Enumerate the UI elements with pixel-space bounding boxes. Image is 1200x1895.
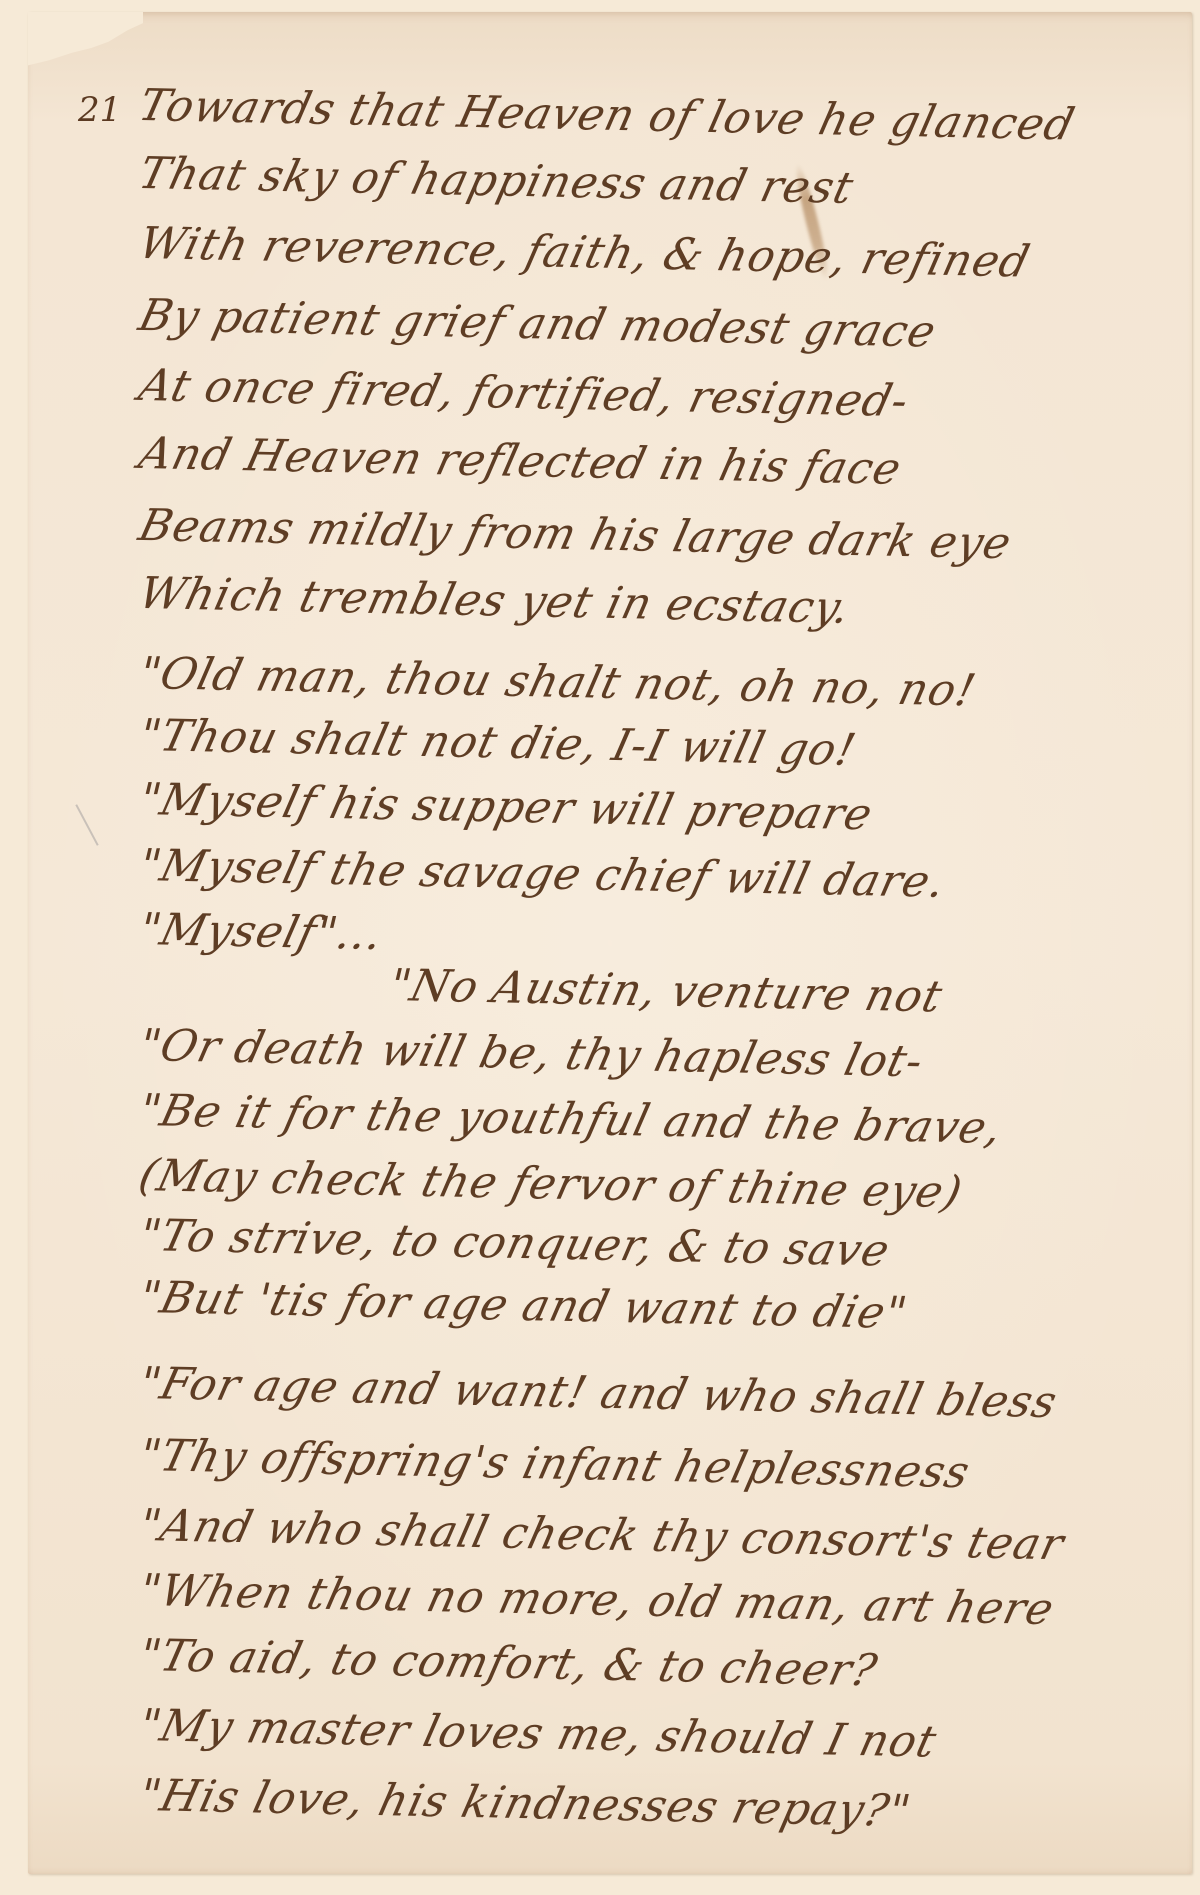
poem-line: "Be it for the youthful and the brave,: [134, 1085, 1007, 1154]
poem-line: "When thou no more, old man, art here: [134, 1565, 1059, 1635]
poem-line: "Thou shalt not die, I-I will go!: [134, 710, 861, 776]
poem-line: By patient grief and modest grace: [134, 290, 941, 357]
poem-line: "For age and want! and who shall bless: [134, 1358, 1062, 1428]
poem-line: Beams mildly from his large dark eye: [134, 500, 1017, 569]
poem-line: At once fired, fortified, resigned-: [134, 360, 914, 427]
poem-line: "My master loves me, should I not: [134, 1700, 942, 1767]
poem-text: Towards that Heaven of love he glanced T…: [28, 12, 1192, 1874]
poem-line: "His love, his kindnesses repay?": [134, 1770, 916, 1837]
poem-line: And Heaven reflected in his face: [134, 428, 906, 495]
poem-line: "Old man, thou shalt not, oh no, no!: [134, 648, 981, 716]
poem-line: "No Austin, venture not: [384, 960, 948, 1022]
poem-line: "But 'tis for age and want to die": [134, 1272, 912, 1339]
poem-line: Towards that Heaven of love he glanced: [134, 80, 1080, 150]
poem-line: (May check the fervor of thine eye): [134, 1150, 967, 1218]
poem-line: "Thy offspring's infant helplessness: [134, 1430, 975, 1498]
poem-line: "And who shall check thy consort's tear: [134, 1500, 1069, 1570]
poem-line: "Myself the savage chief will dare.: [134, 840, 951, 908]
poem-line: "Myself his supper will prepare: [134, 774, 878, 840]
poem-line: With reverence, faith, & hope, refined: [134, 218, 1035, 287]
poem-line: Which trembles yet in ecstacy.: [134, 568, 855, 634]
manuscript-page: 21 Towards that Heaven of love he glance…: [28, 12, 1192, 1874]
poem-line: That sky of happiness and rest: [134, 148, 859, 214]
poem-line: "To strive, to conquer, & to save: [134, 1210, 895, 1276]
poem-line: "Or death will be, thy hapless lot-: [134, 1020, 929, 1087]
poem-line: "To aid, to comfort, & to cheer?: [134, 1630, 882, 1696]
poem-line: "Myself"...: [134, 904, 388, 960]
